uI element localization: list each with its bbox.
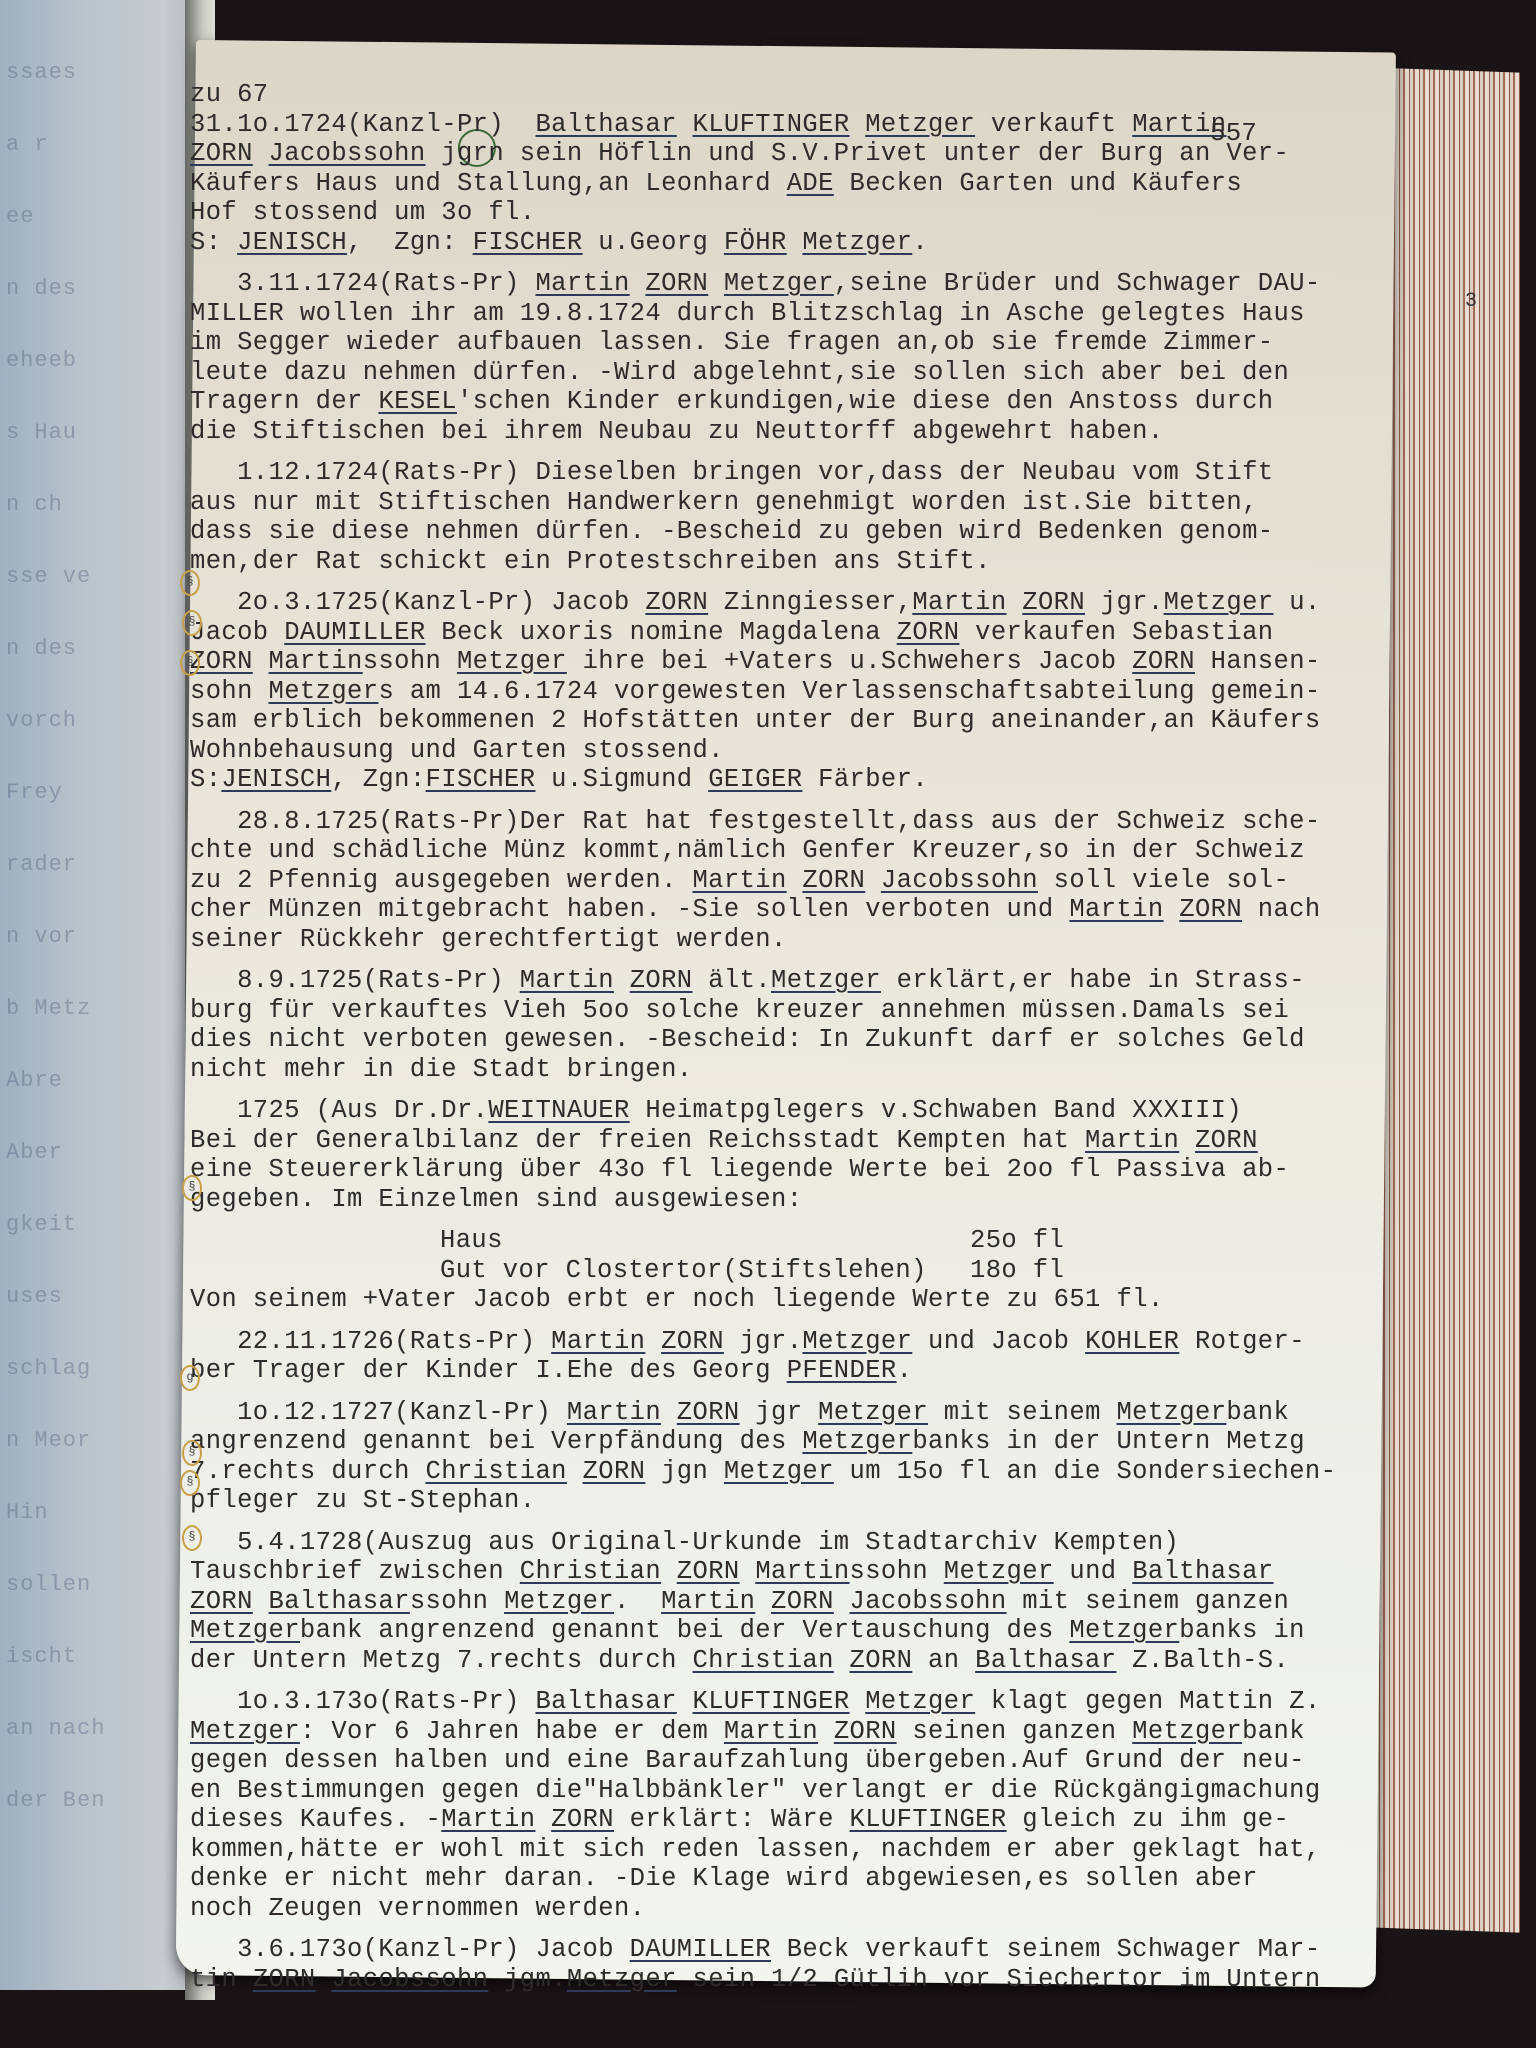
- paragraph-gap: [190, 1315, 1450, 1327]
- text-line: aus nur mit Stiftischen Handwerkern gene…: [190, 488, 1450, 518]
- text-line: 1.12.1724(Rats-Pr) Dieselben bringen vor…: [190, 458, 1450, 488]
- text-line: tin ZORN Jacobssohn jgm.Metzger sein 1/2…: [190, 1965, 1450, 1995]
- text-line: noch Zeugen vernommen werden.: [190, 1894, 1450, 1924]
- text-line: sohn Metzgers am 14.6.1724 vorgewesten V…: [190, 677, 1450, 707]
- ghost-text: vorch: [6, 708, 77, 733]
- ghost-text: der Ben: [6, 1788, 105, 1813]
- text-line: Hof stossend um 3o fl.: [190, 198, 1450, 228]
- ghost-text: gkeit: [6, 1212, 77, 1237]
- paragraph-gap: [190, 1214, 1450, 1226]
- margin-note: 3: [1465, 290, 1477, 313]
- paragraph-gap: [190, 1386, 1450, 1398]
- text-line: Tragern der KESEL'schen Kinder erkundige…: [190, 387, 1450, 417]
- text-line: Käufers Haus und Stallung,an Leonhard AD…: [190, 169, 1450, 199]
- text-line: denke er nicht mehr daran. -Die Klage wi…: [190, 1864, 1450, 1894]
- text-line: gegeben. Im Einzelmen sind ausgewiesen:: [190, 1185, 1450, 1215]
- text-line: ber Trager der Kinder I.Ehe des Georg PF…: [190, 1356, 1450, 1386]
- margin-mark: §: [182, 1440, 202, 1466]
- text-line: Metzger: Vor 6 Jahren habe er dem Martin…: [190, 1717, 1450, 1747]
- ghost-text: Hin: [6, 1500, 49, 1525]
- ghost-text: ee: [6, 204, 34, 229]
- ghost-text: ischt: [6, 1644, 77, 1669]
- text-line: angrenzend genannt bei Verpfändung des M…: [190, 1427, 1450, 1457]
- ghost-text: sollen: [6, 1572, 91, 1597]
- paragraph-gap: [190, 1516, 1450, 1528]
- facing-left-page: ssaesa reen deseheebs Haun chsse ven des…: [0, 0, 205, 1990]
- ghost-text: ssaes: [6, 60, 77, 85]
- ghost-text: n des: [6, 636, 77, 661]
- ghost-text: schlag: [6, 1356, 91, 1381]
- text-line: cher Münzen mitgebracht haben. -Sie soll…: [190, 895, 1450, 925]
- text-line: 22.11.1726(Rats-Pr) Martin ZORN jgr.Metz…: [190, 1327, 1450, 1357]
- margin-mark: §: [180, 1470, 200, 1496]
- asset-label: Haus: [190, 1226, 970, 1256]
- paragraph-gap: [190, 1923, 1450, 1935]
- asset-value: 18o fl: [970, 1256, 1170, 1286]
- paragraph-gap: [190, 576, 1450, 588]
- text-line: leute dazu nehmen dürfen. -Wird abgelehn…: [190, 358, 1450, 388]
- asset-row: Haus25o fl: [190, 1226, 1450, 1256]
- ghost-text: an nach: [6, 1716, 105, 1741]
- text-line: Jacob DAUMILLER Beck uxoris nomine Magda…: [190, 618, 1450, 648]
- paragraph-gap: [190, 257, 1450, 269]
- ghost-text: uses: [6, 1284, 63, 1309]
- margin-mark: §: [182, 1175, 202, 1201]
- text-line: 5.4.1728(Auszug aus Original-Urkunde im …: [190, 1528, 1450, 1558]
- text-line: burg für verkauftes Vieh 5oo solche kreu…: [190, 996, 1450, 1026]
- text-line: zu 2 Pfennig ausgegeben werden. Martin Z…: [190, 866, 1450, 896]
- text-line: dass sie diese nehmen dürfen. -Bescheid …: [190, 517, 1450, 547]
- margin-mark: g: [180, 1365, 200, 1391]
- text-line: sam erblich bekommenen 2 Hofstätten unte…: [190, 706, 1450, 736]
- asset-table: Haus25o flGut vor Clostertor(Stiftslehen…: [190, 1226, 1450, 1285]
- ghost-text: Aber: [6, 1140, 63, 1165]
- entries-block-2: Von seinem +Vater Jacob erbt er noch lie…: [190, 1285, 1450, 1994]
- ghost-text: a r: [6, 132, 49, 157]
- text-line: 8.9.1725(Rats-Pr) Martin ZORN ält.Metzge…: [190, 966, 1450, 996]
- text-line: dies nicht verboten gewesen. -Bescheid: …: [190, 1025, 1450, 1055]
- text-line: Bei der Generalbilanz der freien Reichss…: [190, 1126, 1450, 1156]
- ghost-text: s Hau: [6, 420, 77, 445]
- text-line: S: JENISCH, Zgn: FISCHER u.Georg FÖHR Me…: [190, 228, 1450, 258]
- margin-mark: §: [182, 610, 202, 636]
- ghost-text: Frey: [6, 780, 63, 805]
- text-line: im Segger wieder aufbauen lassen. Sie fr…: [190, 328, 1450, 358]
- ghost-text: sse ve: [6, 564, 91, 589]
- document-body: zu 67 31.1o.1724(Kanzl-Pr) Balthasar KLU…: [190, 80, 1450, 1994]
- text-line: 3.11.1724(Rats-Pr) Martin ZORN Metzger,s…: [190, 269, 1450, 299]
- text-line: MILLER wollen ihr am 19.8.1724 durch Bli…: [190, 299, 1450, 329]
- text-line: 7.rechts durch Christian ZORN jgn Metzge…: [190, 1457, 1450, 1487]
- ghost-text: rader: [6, 852, 77, 877]
- paragraph-gap: [190, 954, 1450, 966]
- text-line: kommen,hätte er wohl mit sich reden lass…: [190, 1835, 1450, 1865]
- text-line: Tauschbrief zwischen Christian ZORN Mart…: [190, 1557, 1450, 1587]
- text-line: 28.8.1725(Rats-Pr)Der Rat hat festgestel…: [190, 807, 1450, 837]
- text-line: chte und schädliche Münz kommt,nämlich G…: [190, 836, 1450, 866]
- ghost-text: eheeb: [6, 348, 77, 373]
- text-line: ZORN Martinssohn Metzger ihre bei +Vater…: [190, 647, 1450, 677]
- entries-block-1: 31.1o.1724(Kanzl-Pr) Balthasar KLUFTINGE…: [190, 110, 1450, 1227]
- text-line: Von seinem +Vater Jacob erbt er noch lie…: [190, 1285, 1450, 1315]
- text-line: nicht mehr in die Stadt bringen.: [190, 1055, 1450, 1085]
- text-line: der Untern Metzg 7.rechts durch Christia…: [190, 1646, 1450, 1676]
- text-line: 31.1o.1724(Kanzl-Pr) Balthasar KLUFTINGE…: [190, 110, 1450, 140]
- text-line: pfleger zu St-Stephan.: [190, 1486, 1450, 1516]
- ghost-text: n Meor: [6, 1428, 91, 1453]
- margin-mark: §: [180, 650, 200, 676]
- text-line: S:JENISCH, Zgn:FISCHER u.Sigmund GEIGER …: [190, 765, 1450, 795]
- asset-value: 25o fl: [970, 1226, 1170, 1256]
- text-line: men,der Rat schickt ein Protestschreiben…: [190, 547, 1450, 577]
- margin-mark: §: [180, 570, 200, 596]
- text-line: 2o.3.1725(Kanzl-Pr) Jacob ZORN Zinngiess…: [190, 588, 1450, 618]
- text-line: 1o.3.173o(Rats-Pr) Balthasar KLUFTINGER …: [190, 1687, 1450, 1717]
- text-line: dieses Kaufes. -Martin ZORN erklärt: Wär…: [190, 1805, 1450, 1835]
- text-line: eine Steuererklärung über 43o fl liegend…: [190, 1155, 1450, 1185]
- text-line: ZORN Jacobssohn jgrn sein Höflin und S.V…: [190, 139, 1450, 169]
- text-line: 1725 (Aus Dr.Dr.WEITNAUER Heimatpglegers…: [190, 1096, 1450, 1126]
- ghost-text: n ch: [6, 492, 63, 517]
- text-line: Wohnbehausung und Garten stossend.: [190, 736, 1450, 766]
- text-line: gegen dessen halben und eine Baraufzahlu…: [190, 1746, 1450, 1776]
- page-number: 557: [1210, 118, 1257, 148]
- ghost-text: Abre: [6, 1068, 63, 1093]
- text-line: en Bestimmungen gegen die"Halbbänkler" v…: [190, 1776, 1450, 1806]
- text-line: 1o.12.1727(Kanzl-Pr) Martin ZORN jgr Met…: [190, 1398, 1450, 1428]
- text-line: 3.6.173o(Kanzl-Pr) Jacob DAUMILLER Beck …: [190, 1935, 1450, 1965]
- margin-mark: §: [182, 1525, 202, 1551]
- ghost-text: n des: [6, 276, 77, 301]
- text-line: ZORN Balthasarssohn Metzger. Martin ZORN…: [190, 1587, 1450, 1617]
- paragraph-gap: [190, 1084, 1450, 1096]
- paragraph-gap: [190, 795, 1450, 807]
- ghost-text: b Metz: [6, 996, 91, 1021]
- text-line: seiner Rückkehr gerechtfertigt werden.: [190, 925, 1450, 955]
- asset-label: Gut vor Clostertor(Stiftslehen): [190, 1256, 970, 1286]
- asset-row: Gut vor Clostertor(Stiftslehen)18o fl: [190, 1256, 1450, 1286]
- reference-line: zu 67: [190, 80, 1450, 110]
- ghost-text: n vor: [6, 924, 77, 949]
- paragraph-gap: [190, 1675, 1450, 1687]
- paragraph-gap: [190, 446, 1450, 458]
- text-line: die Stiftischen bei ihrem Neubau zu Neut…: [190, 417, 1450, 447]
- text-line: Metzgerbank angrenzend genannt bei der V…: [190, 1616, 1450, 1646]
